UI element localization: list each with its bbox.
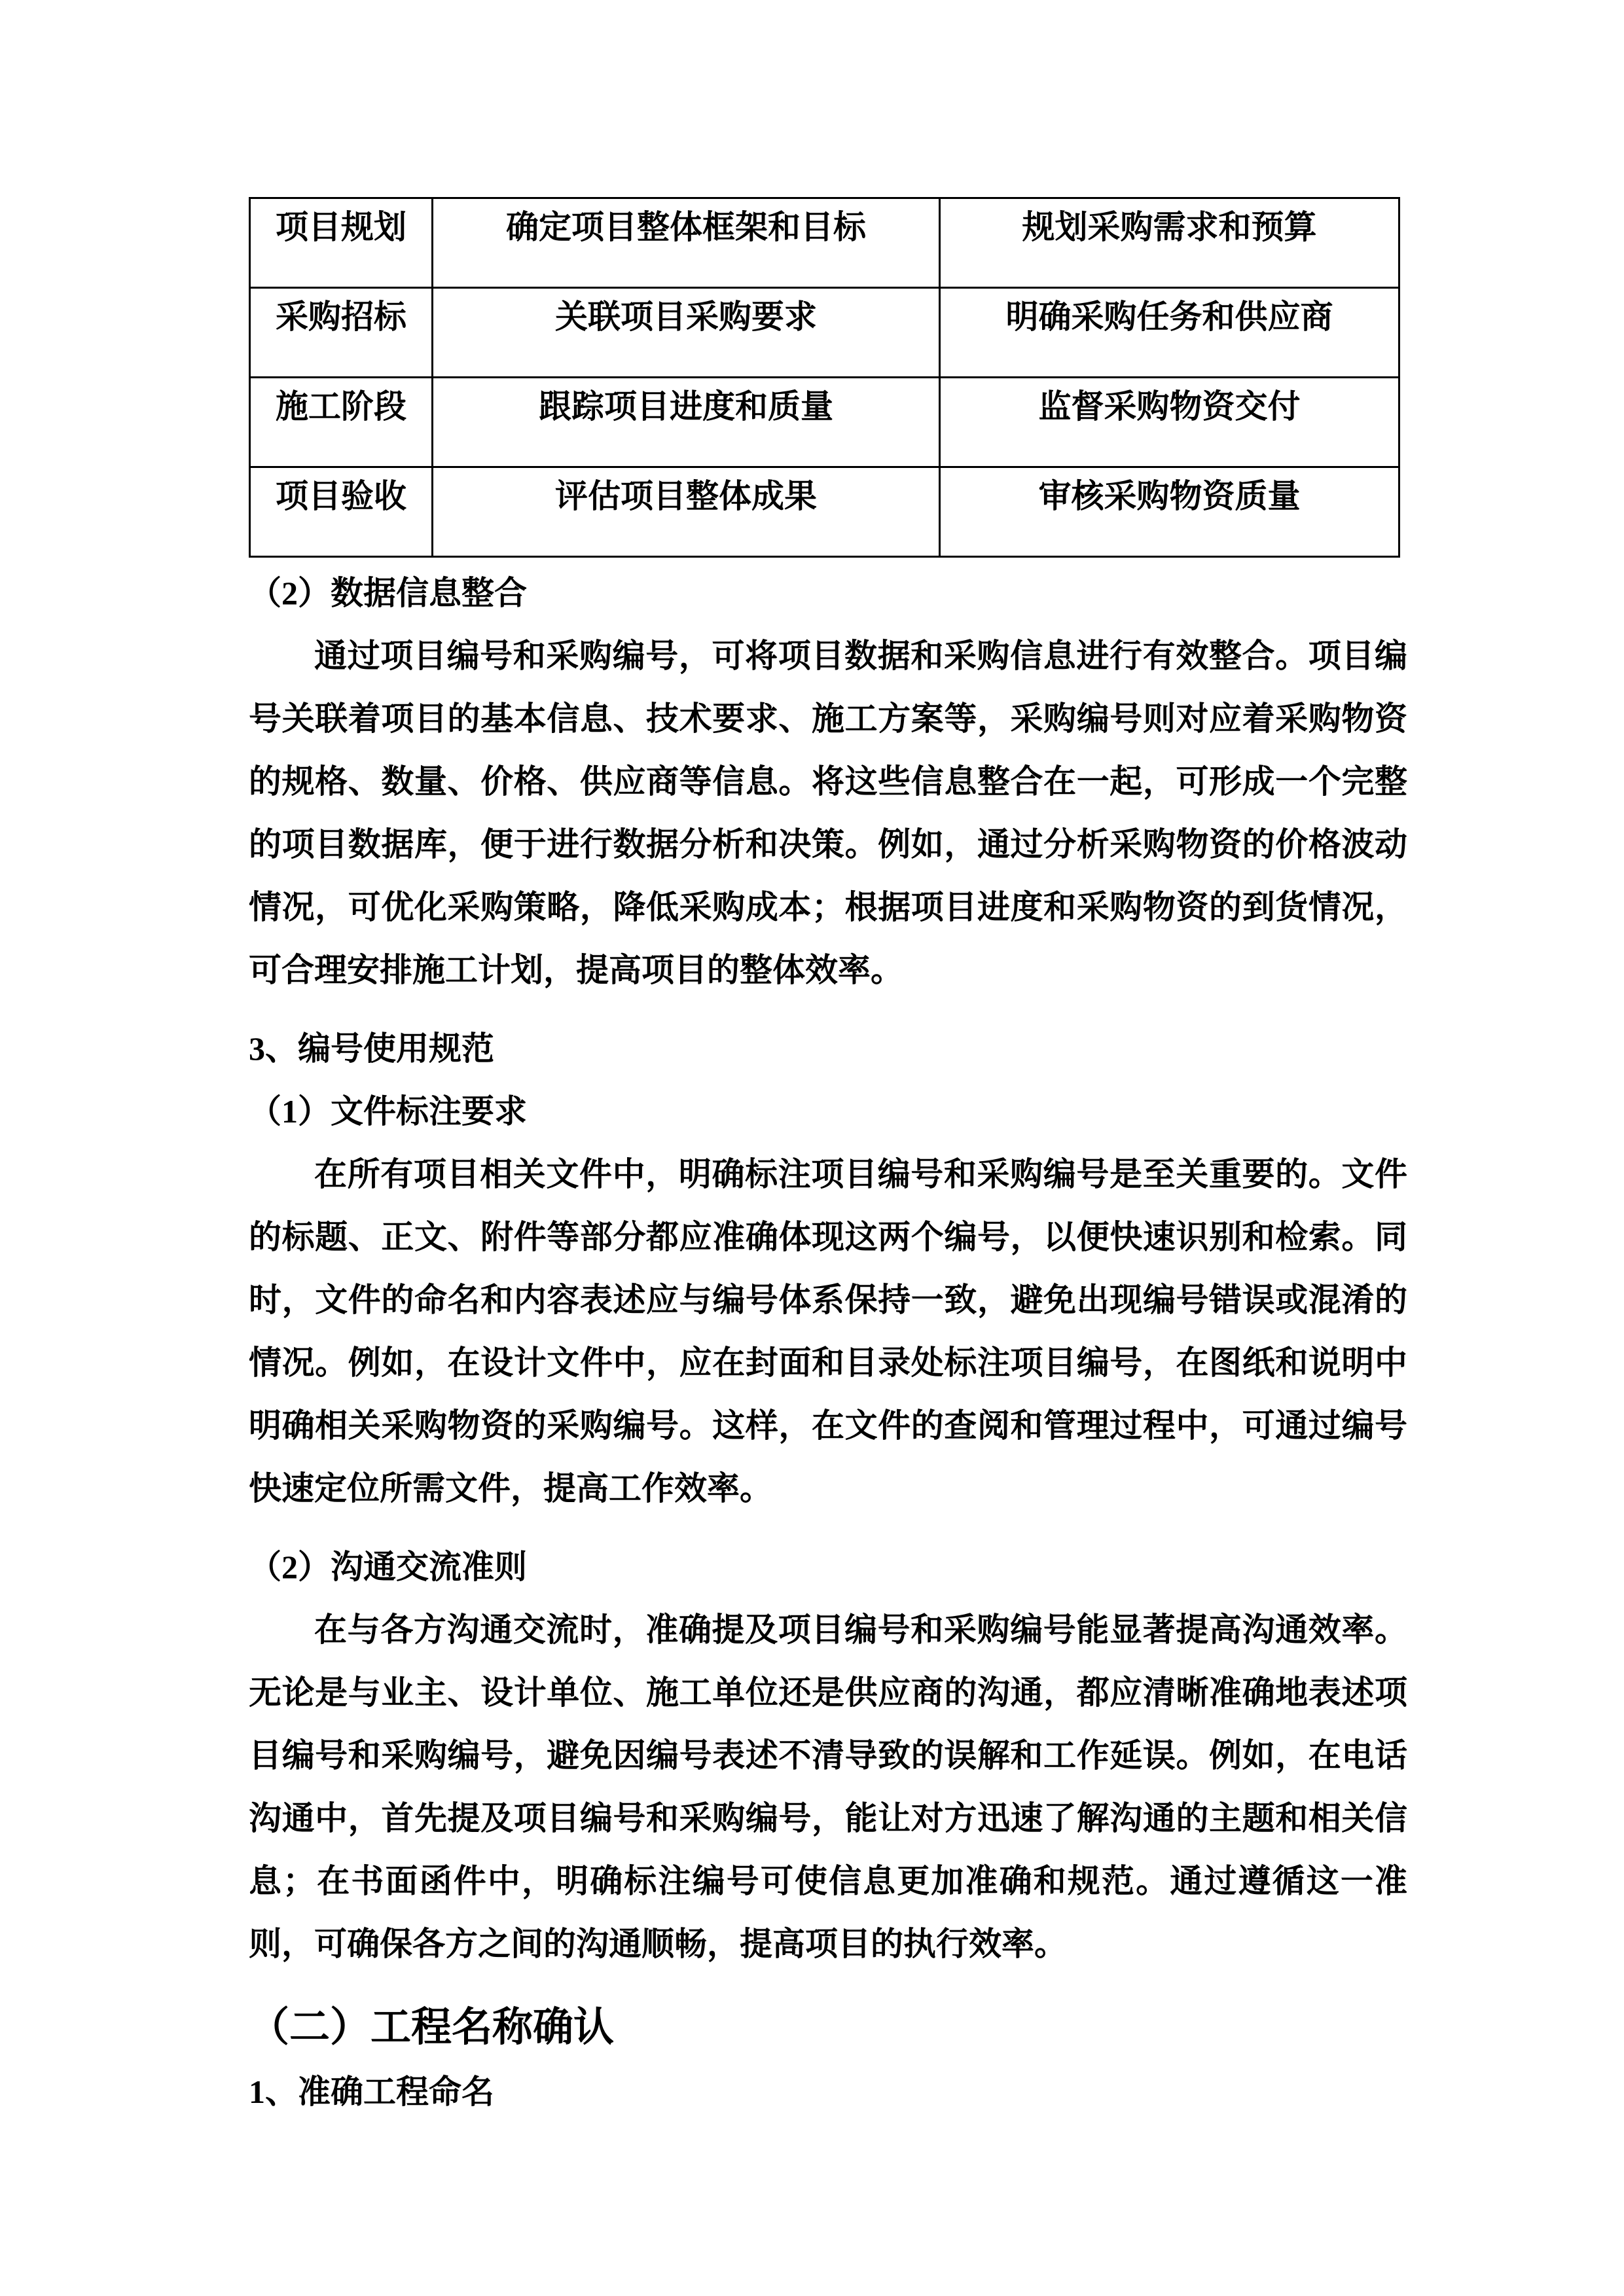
paragraph-file-labeling: 在所有项目相关文件中，明确标注项目编号和采购编号是至关重要的。文件的标题、正文、… (249, 1143, 1407, 1520)
table-cell-phase: 采购招标 (250, 288, 433, 378)
heading-accurate-project-naming: 1、准确工程命名 (249, 2060, 1407, 2123)
document-page: 项目规划 确定项目整体框架和目标 规划采购需求和预算 采购招标 关联项目采购要求… (0, 0, 1624, 2296)
table-cell-phase: 项目验收 (250, 467, 433, 557)
project-phase-table: 项目规划 确定项目整体框架和目标 规划采购需求和预算 采购招标 关联项目采购要求… (249, 197, 1400, 558)
paragraph-data-integration: 通过项目编号和采购编号，可将项目数据和采购信息进行有效整合。项目编号关联着项目的… (249, 624, 1407, 1001)
heading-numbering-usage: 3、编号使用规范 (249, 1017, 1407, 1080)
document-content: 项目规划 确定项目整体框架和目标 规划采购需求和预算 采购招标 关联项目采购要求… (249, 197, 1407, 2123)
heading-data-integration: （2）数据信息整合 (249, 562, 1407, 624)
table-cell-phase: 项目规划 (250, 198, 433, 288)
table-cell-phase: 施工阶段 (250, 378, 433, 467)
paragraph-communication-guidelines: 在与各方沟通交流时，准确提及项目编号和采购编号能显著提高沟通效率。无论是与业主、… (249, 1598, 1407, 1975)
table-cell-procurement-task: 规划采购需求和预算 (940, 198, 1399, 288)
table-cell-procurement-task: 监督采购物资交付 (940, 378, 1399, 467)
table-row-procurement-bidding: 采购招标 关联项目采购要求 明确采购任务和供应商 (250, 288, 1399, 378)
table-cell-project-task: 评估项目整体成果 (433, 467, 940, 557)
table-cell-procurement-task: 明确采购任务和供应商 (940, 288, 1399, 378)
heading-section-two-project-name-confirmation: （二）工程名称确认 (249, 1995, 1407, 2060)
heading-file-labeling: （1）文件标注要求 (249, 1080, 1407, 1143)
table-row-construction-stage: 施工阶段 跟踪项目进度和质量 监督采购物资交付 (250, 378, 1399, 467)
table-cell-procurement-task: 审核采购物资质量 (940, 467, 1399, 557)
table-cell-project-task: 关联项目采购要求 (433, 288, 940, 378)
heading-communication-guidelines: （2）沟通交流准则 (249, 1535, 1407, 1598)
table-row-project-acceptance: 项目验收 评估项目整体成果 审核采购物资质量 (250, 467, 1399, 557)
table-row-project-planning: 项目规划 确定项目整体框架和目标 规划采购需求和预算 (250, 198, 1399, 288)
table-cell-project-task: 跟踪项目进度和质量 (433, 378, 940, 467)
table-cell-project-task: 确定项目整体框架和目标 (433, 198, 940, 288)
